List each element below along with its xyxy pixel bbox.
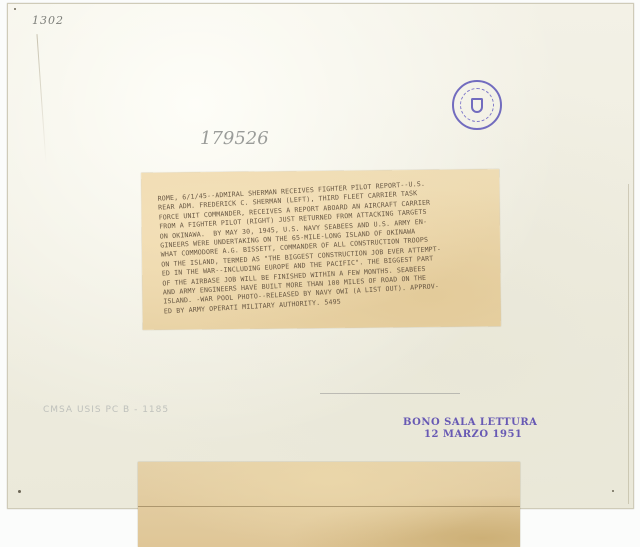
receipt-stamp-line1: BONO SALA LETTURA	[403, 417, 537, 428]
handwritten-catalog-number: 179526	[200, 128, 269, 149]
speck	[612, 490, 614, 492]
document-viewer: 1302 179526 ROME, 6/1/45--ADMIRAL SHERMA…	[0, 0, 640, 547]
archive-seal-stamp	[452, 80, 502, 130]
caption-text: ROME, 6/1/45--ADMIRAL SHERMAN RECEIVES F…	[157, 176, 498, 317]
shield-icon	[471, 98, 483, 113]
handwritten-archive-note: CMSA USIS PC B - 1185	[43, 405, 169, 415]
caption-slip: ROME, 6/1/45--ADMIRAL SHERMAN RECEIVES F…	[141, 169, 501, 330]
crease-mark-right	[628, 184, 629, 504]
receipt-stamp-date: 12 MARZO 1951	[403, 429, 537, 440]
tape-fold-line	[138, 506, 520, 507]
receipt-stamp: BONO SALA LETTURA 12 MARZO 1951	[403, 417, 537, 440]
speck	[18, 490, 21, 493]
speck	[14, 8, 16, 10]
crease-mark	[36, 34, 46, 164]
handwritten-reference-number: 1302	[32, 14, 64, 27]
pencil-line	[320, 393, 460, 394]
tape-strip	[138, 462, 520, 547]
